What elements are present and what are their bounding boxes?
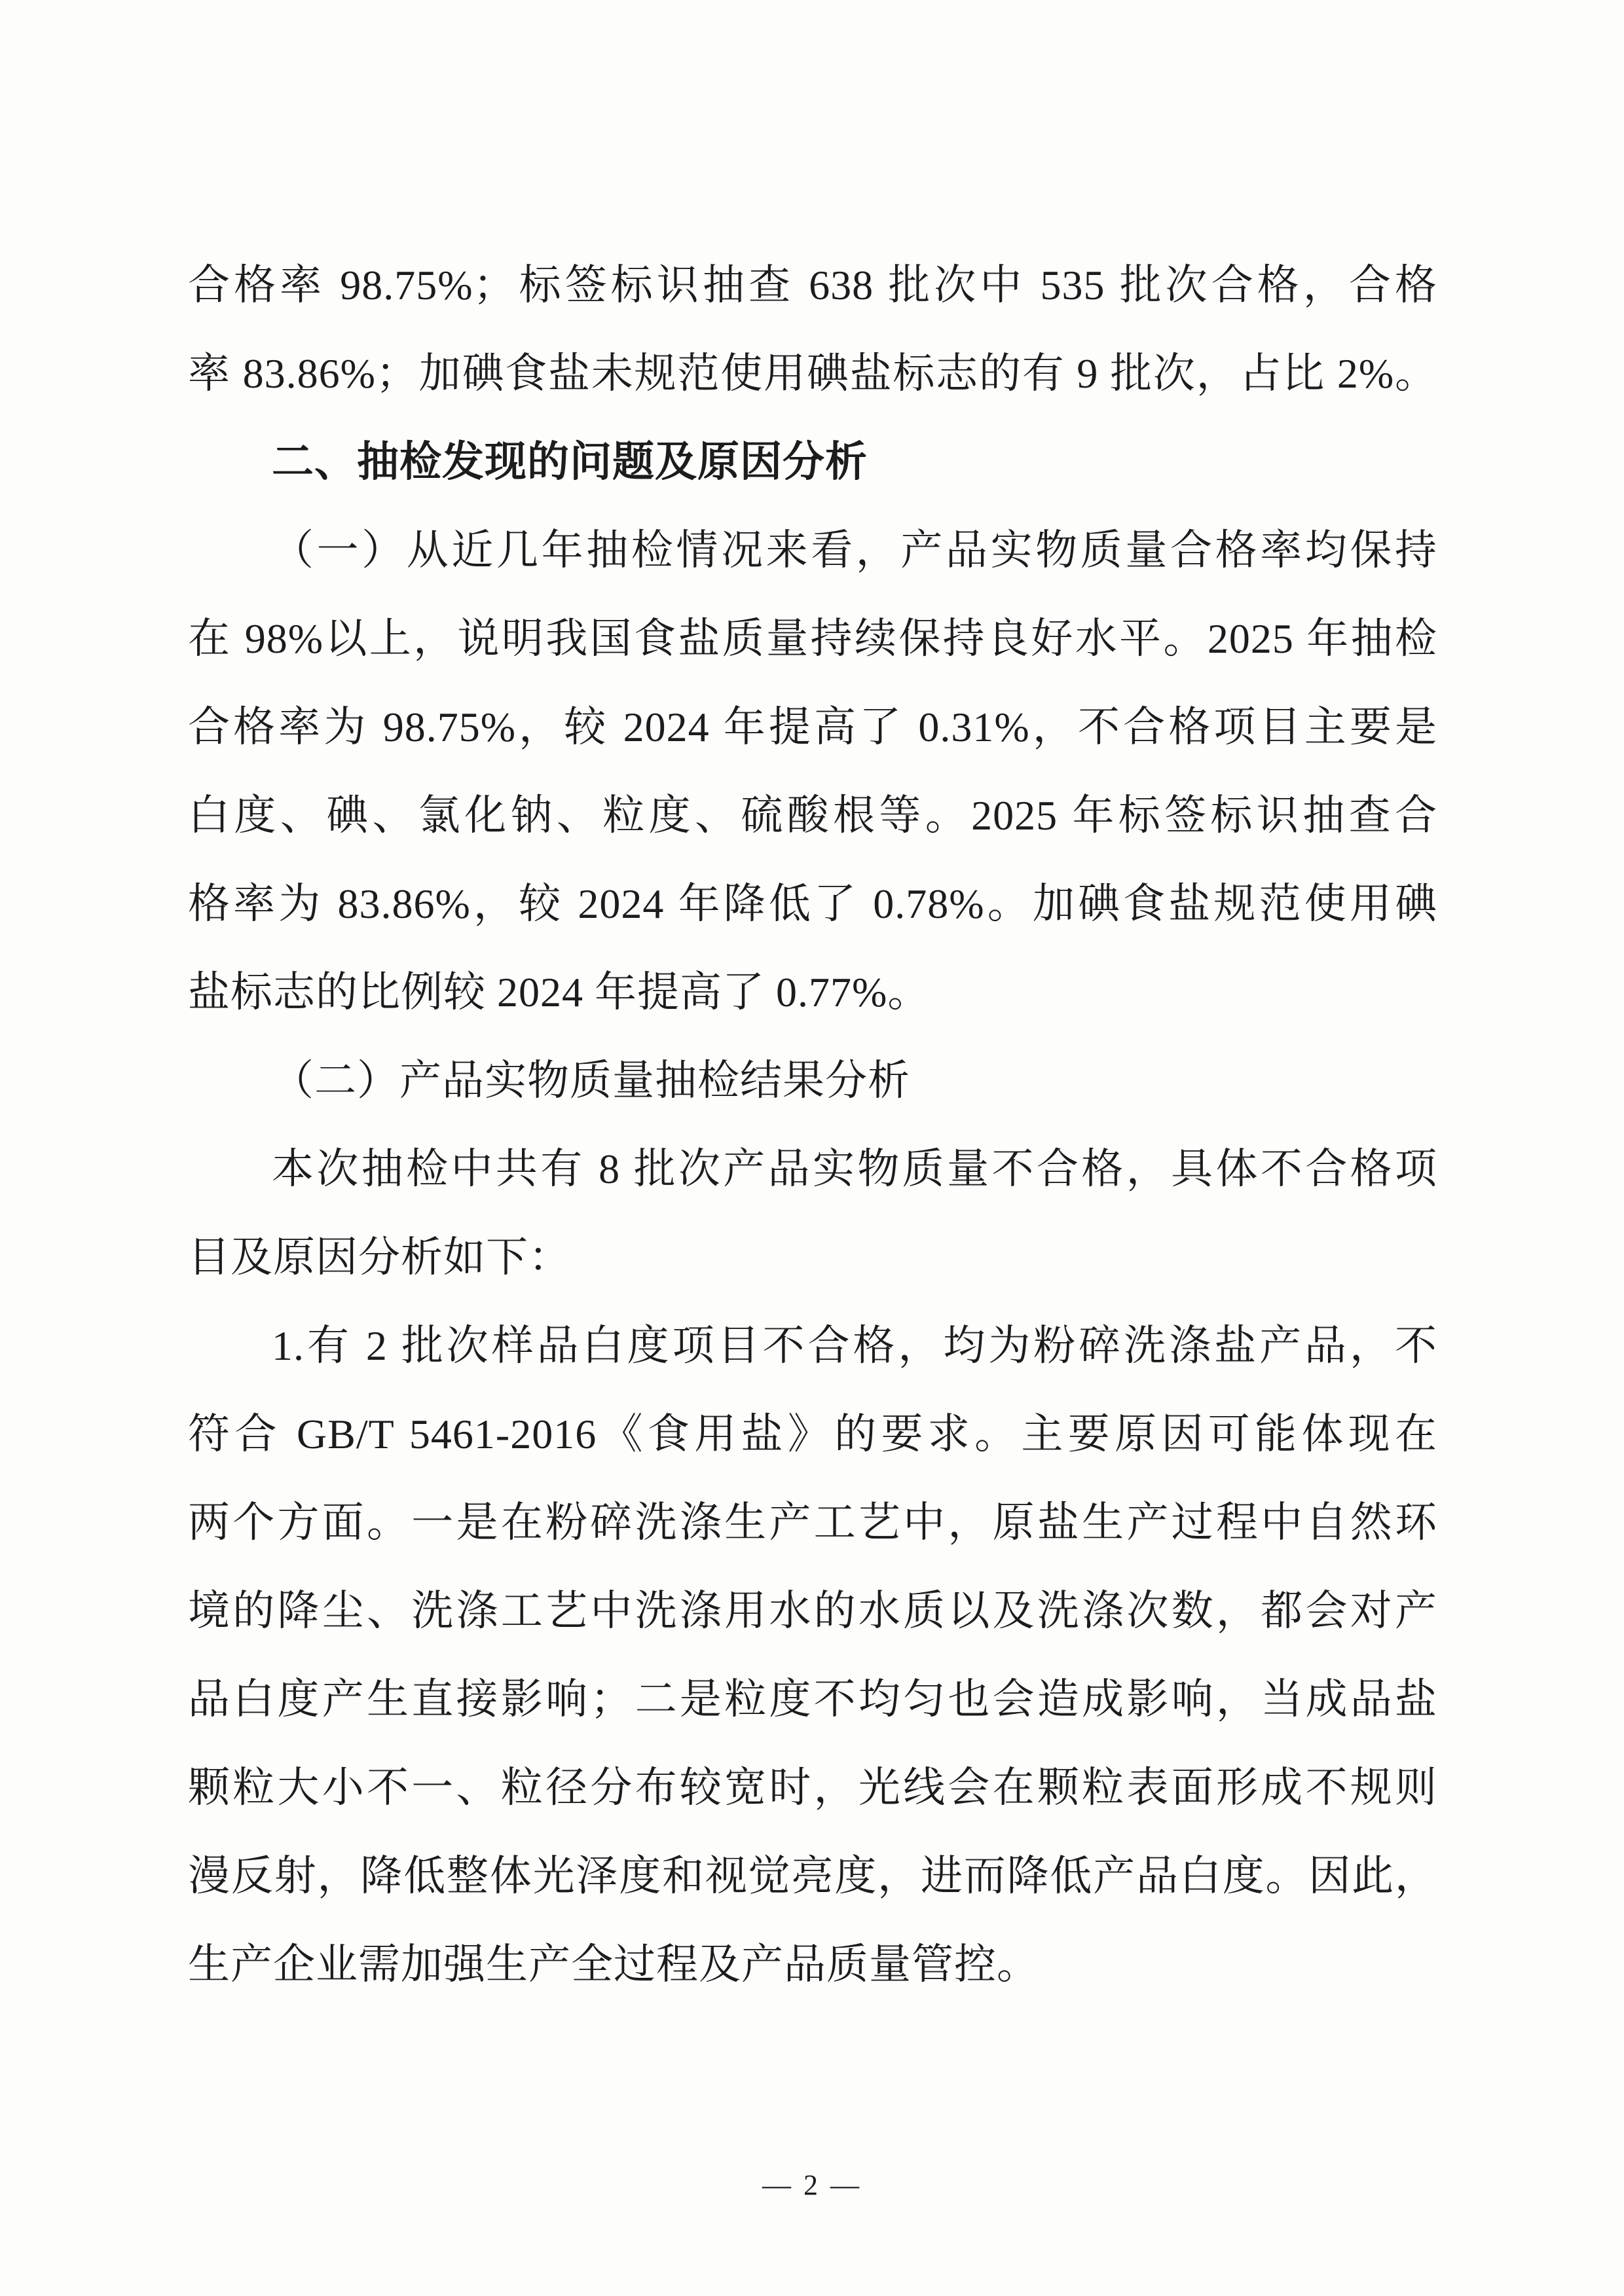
text-line: 生产企业需加强生产全过程及产品质量管控。 <box>188 1920 1437 2009</box>
text-line: 格率为 83.86%，较 2024 年降低了 0.78%。加碘食盐规范使用碘 <box>188 860 1437 948</box>
page-footer: — 2 — <box>0 2168 1624 2202</box>
text-line: 合格率为 98.75%，较 2024 年提高了 0.31%，不合格项目主要是 <box>188 683 1437 771</box>
text-line: 两个方面。一是在粉碎洗涤生产工艺中，原盐生产过程中自然环 <box>188 1478 1437 1567</box>
text-line: 品白度产生直接影响；二是粒度不均匀也会造成影响，当成品盐 <box>188 1655 1437 1743</box>
page-number: — 2 — <box>762 2169 862 2201</box>
text-line: 白度、碘、氯化钠、粒度、硫酸根等。2025 年标签标识抽查合 <box>188 771 1437 860</box>
text-line: （一）从近几年抽检情况来看，产品实物质量合格率均保持 <box>188 506 1437 594</box>
text-line: 二、抽检发现的问题及原因分析 <box>188 418 1437 506</box>
text-line: 率 83.86%；加碘食盐未规范使用碘盐标志的有 9 批次，占比 2%。 <box>188 329 1437 418</box>
document-body: 合格率 98.75%；标签标识抽查 638 批次中 535 批次合格，合格率 8… <box>188 241 1437 2009</box>
text-line: （二）产品实物质量抽检结果分析 <box>188 1036 1437 1125</box>
text-line: 本次抽检中共有 8 批次产品实物质量不合格，具体不合格项 <box>188 1125 1437 1213</box>
document-page: 合格率 98.75%；标签标识抽查 638 批次中 535 批次合格，合格率 8… <box>0 0 1624 2296</box>
text-line: 目及原因分析如下： <box>188 1213 1437 1302</box>
text-line: 在 98%以上，说明我国食盐质量持续保持良好水平。2025 年抽检 <box>188 594 1437 683</box>
text-line: 颗粒大小不一、粒径分布较宽时，光线会在颗粒表面形成不规则 <box>188 1743 1437 1832</box>
text-line: 盐标志的比例较 2024 年提高了 0.77%。 <box>188 948 1437 1036</box>
text-line: 符合 GB/T 5461-2016《食用盐》的要求。主要原因可能体现在 <box>188 1390 1437 1478</box>
text-line: 1.有 2 批次样品白度项目不合格，均为粉碎洗涤盐产品，不 <box>188 1302 1437 1390</box>
text-line: 合格率 98.75%；标签标识抽查 638 批次中 535 批次合格，合格 <box>188 241 1437 329</box>
text-line: 漫反射，降低整体光泽度和视觉亮度，进而降低产品白度。因此， <box>188 1832 1437 1920</box>
text-line: 境的降尘、洗涤工艺中洗涤用水的水质以及洗涤次数，都会对产 <box>188 1567 1437 1655</box>
